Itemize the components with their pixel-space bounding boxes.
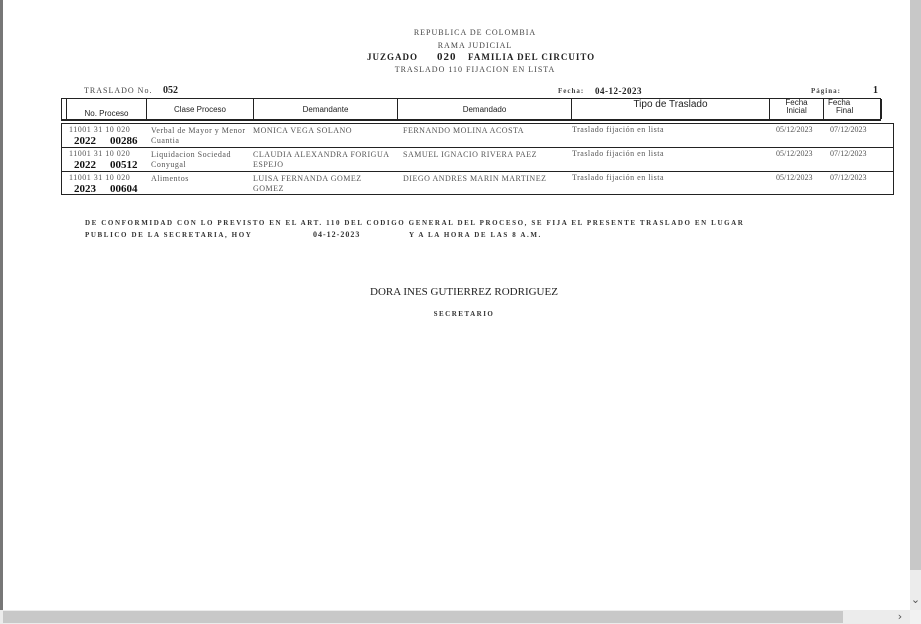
proceso-code: 11001 31 10 020	[69, 173, 130, 183]
col-tipo-traslado: Tipo de Traslado	[572, 99, 770, 119]
clase-proceso: Liquidacion Sociedad	[151, 150, 231, 160]
proceso-year: 2022	[74, 135, 96, 147]
header-juzgado-label: JUZGADO	[367, 52, 418, 62]
col-demandante: Demandante	[254, 99, 398, 119]
pagina-value: 1	[873, 85, 878, 96]
fecha-final: 07/12/2023	[830, 149, 866, 159]
scroll-right-icon[interactable]: ›	[893, 610, 907, 624]
horizontal-scroll-thumb[interactable]	[3, 611, 843, 623]
header-juzgado-num: 020	[437, 51, 457, 63]
fecha-inicial: 05/12/2023	[776, 149, 812, 159]
header-traslado-title: TRASLADO 110 FIJACION EN LISTA	[0, 65, 921, 74]
proceso-code: 11001 31 10 020	[69, 125, 130, 135]
clase-proceso-2: Conyugal	[151, 160, 186, 170]
demandante: MONICA VEGA SOLANO	[253, 126, 352, 136]
demandado: SAMUEL IGNACIO RIVERA PAEZ	[403, 150, 537, 160]
fecha-final: 07/12/2023	[830, 173, 866, 183]
table-body: 11001 31 10 020 2022 00286 Verbal de May…	[61, 123, 894, 195]
clase-proceso-2: Cuantia	[151, 136, 179, 146]
proceso-num: 00512	[110, 159, 138, 171]
demandado: FERNANDO MOLINA ACOSTA	[403, 126, 524, 136]
vertical-scroll-thumb[interactable]	[910, 0, 921, 570]
header-rama: RAMA JUDICIAL	[0, 41, 921, 50]
tipo-traslado: Traslado fijación en lista	[572, 173, 664, 183]
table-row: 11001 31 10 020 2023 00604 Alimentos LUI…	[62, 172, 893, 196]
col-clase-proceso: Clase Proceso	[147, 99, 254, 119]
table-header: No. Proceso Clase Proceso Demandante Dem…	[61, 98, 881, 121]
signature-name: DORA INES GUTIERREZ RODRIGUEZ	[0, 286, 921, 298]
legal-text-line1: DE CONFORMIDAD CON LO PREVISTO EN EL ART…	[85, 219, 744, 227]
proceso-year: 2023	[74, 183, 96, 195]
vertical-scrollbar[interactable]: ⌄	[910, 0, 921, 610]
legal-text-hour: Y A LA HORA DE LAS 8 A.M.	[409, 231, 542, 239]
traslado-label: TRASLADO No.	[84, 86, 152, 95]
tipo-traslado: Traslado fijación en lista	[572, 125, 664, 135]
table-row: 11001 31 10 020 2022 00512 Liquidacion S…	[62, 148, 893, 172]
proceso-year: 2022	[74, 159, 96, 171]
col-fecha-inicial: Fecha Inicial	[770, 99, 824, 119]
traslado-number: 052	[163, 85, 178, 96]
fecha-label: Fecha:	[558, 87, 584, 95]
table-row: 11001 31 10 020 2022 00286 Verbal de May…	[62, 124, 893, 148]
scrollbar-corner	[910, 610, 921, 624]
demandante-2: GOMEZ	[253, 184, 284, 194]
demandante: CLAUDIA ALEXANDRA FORIGUA	[253, 150, 390, 160]
scroll-down-icon[interactable]: ⌄	[910, 593, 921, 607]
proceso-code: 11001 31 10 020	[69, 149, 130, 159]
signature-title: SECRETARIO	[0, 310, 921, 318]
demandante: LUISA FERNANDA GOMEZ	[253, 174, 362, 184]
header-republica: REPUBLICA DE COLOMBIA	[0, 28, 921, 37]
tipo-traslado: Traslado fijación en lista	[572, 149, 664, 159]
proceso-num: 00286	[110, 135, 138, 147]
fecha-inicial: 05/12/2023	[776, 125, 812, 135]
col-fecha-final: Fecha Final	[824, 99, 882, 119]
viewer-left-edge	[0, 0, 3, 610]
col-no-proceso: No. Proceso	[67, 99, 147, 119]
col-demandado: Demandado	[398, 99, 572, 119]
clase-proceso: Verbal de Mayor y Menor	[151, 126, 246, 136]
proceso-num: 00604	[110, 183, 138, 195]
demandante-2: ESPEJO	[253, 160, 284, 170]
header-juzgado-name: FAMILIA DEL CIRCUITO	[468, 52, 595, 62]
legal-date: 04-12-2023	[313, 230, 360, 239]
fecha-final: 07/12/2023	[830, 125, 866, 135]
fecha-value: 04-12-2023	[595, 86, 642, 96]
horizontal-scrollbar[interactable]: ›	[0, 610, 910, 624]
legal-text-line2: PUBLICO DE LA SECRETARIA, HOY	[85, 231, 252, 239]
clase-proceso: Alimentos	[151, 174, 189, 184]
demandado: DIEGO ANDRES MARIN MARTINEZ	[403, 174, 546, 184]
pagina-label: Página:	[811, 87, 841, 95]
fecha-inicial: 05/12/2023	[776, 173, 812, 183]
